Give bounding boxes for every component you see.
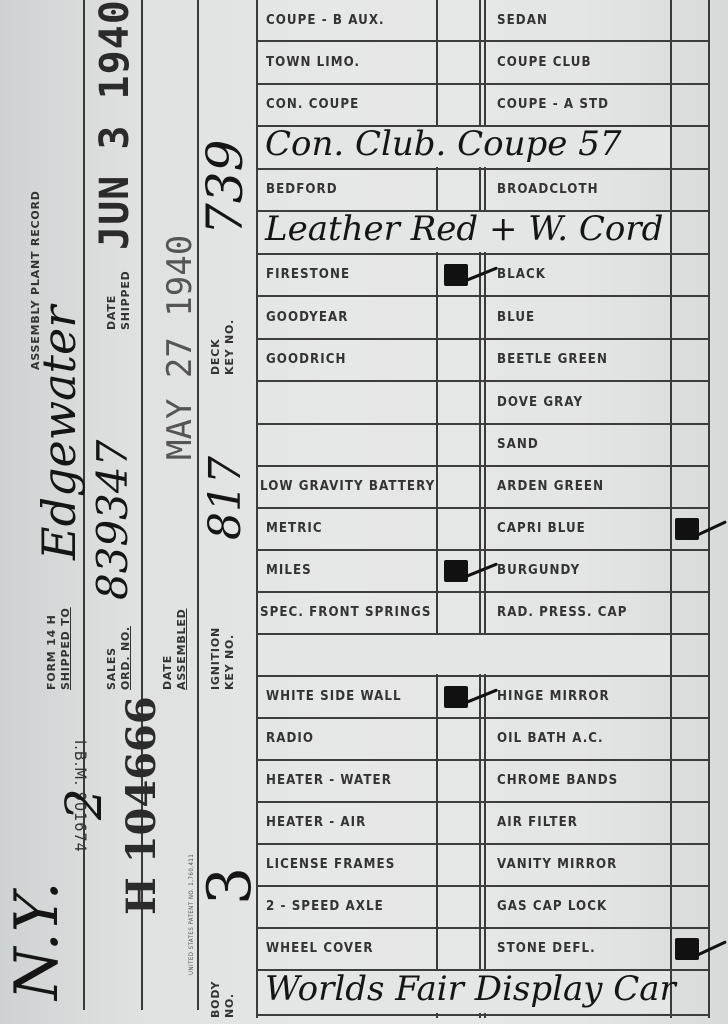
option-checkbox-left[interactable] [438,845,479,884]
row-divider [256,168,710,170]
row-divider [256,253,710,255]
option-checkbox-right[interactable] [672,593,708,632]
ignition-key-label-line1: IGNITION [210,627,222,690]
option-label-right: DOVE GRAY [497,394,583,410]
option-checkbox-right[interactable] [672,382,708,422]
option-checkbox-right[interactable] [672,761,708,800]
option-label-left: BEDFORD [266,181,338,197]
option-checkbox-left[interactable] [438,425,479,464]
option-label-left: GOODRICH [266,351,346,367]
ignition-key-value: 817 [200,456,251,540]
option-checkbox-right[interactable] [672,255,708,294]
date-assembled-label-line1: DATE [162,655,174,690]
option-checkbox-right[interactable] [672,845,708,884]
option-label-left: TOWN LIMO. [266,54,360,70]
blank-row [258,635,670,674]
body-no-label-line1: BODY [210,981,222,1018]
option-checkbox-left[interactable] [438,382,479,422]
option-checkbox-right[interactable] [672,170,708,209]
option-checkbox-left[interactable] [438,761,479,800]
option-label-right: VANITY MIRROR [497,856,617,872]
option-label-right: BROADCLOTH [497,181,599,197]
option-label-right: ARDEN GREEN [497,478,604,494]
row-divider [256,591,710,593]
handwritten-mark-2: 2 [55,788,113,820]
table-right-border [708,0,710,1018]
date-assembled-value: MAY 27 1940 [160,235,200,460]
ignition-key-label-line2: KEY NO. [224,634,236,690]
option-checkbox-left[interactable] [438,297,479,337]
option-label-left: CON. COUPE [266,96,359,112]
row-divider [256,717,710,719]
handwritten-note: Worlds Fair Display Car [265,969,676,1009]
option-checkbox-left[interactable] [438,593,479,632]
row-divider [256,759,710,761]
check-mark-icon [444,686,468,708]
row-divider [256,801,710,803]
option-label-left: HEATER - WATER [266,772,392,788]
option-checkbox-right[interactable] [672,467,708,506]
option-label-right: COUPE - A STD [497,96,609,112]
option-label-left: COUPE - B AUX. [266,12,385,28]
row-divider [256,675,710,677]
assembly-plant-record-card: ASSEMBLY PLANT RECORD FORM 14 H SHIPPED … [0,0,728,1024]
option-label-right: CAPRI BLUE [497,520,586,536]
option-label-right: SEDAN [497,12,548,28]
date-shipped-value: JUN 3 1940 [92,0,138,250]
option-label-right: HINGE MIRROR [497,688,610,704]
date-assembled-label-line2: ASSEMBLED [176,608,188,690]
option-label-left: LOW GRAVITY BATTERY [260,478,435,494]
date-shipped-label-line1: DATE [106,295,118,330]
option-checkbox-right[interactable] [672,42,708,82]
option-checkbox-left[interactable] [438,340,479,379]
option-checkbox-right[interactable] [672,85,708,124]
option-label-left: SPEC. FRONT SPRINGS [260,604,431,620]
option-label-right: GAS CAP LOCK [497,898,607,914]
shipped-to-value: Edgewater [32,306,86,560]
row-divider [256,927,710,929]
option-checkbox-right[interactable] [672,340,708,379]
sales-order-value: 839347 [88,440,137,600]
deck-key-value: 739 [196,140,254,235]
option-checkbox-left[interactable] [438,1,479,39]
option-label-left: METRIC [266,520,323,536]
option-checkbox-left[interactable] [438,85,479,124]
patent-notice: UNITED STATES PATENT NO. 1,760,411 [188,854,195,975]
option-label-right: SAND [497,436,539,452]
serial-stamp: H 104666 [118,696,165,915]
option-checkbox-left[interactable] [438,887,479,926]
row-divider [256,843,710,845]
option-checkbox-left[interactable] [438,467,479,506]
deck-key-label-line2: KEY NO. [224,319,236,375]
option-checkbox-left[interactable] [438,42,479,82]
option-label-right: STONE DEFL. [497,940,596,956]
option-checkbox-left[interactable] [438,929,479,968]
date-shipped-label-line2: SHIPPED [120,270,132,330]
option-label-left: MILES [266,562,312,578]
handwritten-note: Con. Club. Coupe 57 [265,124,622,164]
form-number: FORM 14 H [46,614,58,690]
row-divider [256,507,710,509]
row-divider [256,40,710,42]
option-checkbox-left[interactable] [438,803,479,842]
deck-key-label-line1: DECK [210,339,222,375]
option-checkbox-right[interactable] [672,297,708,337]
option-label-right: BLACK [497,266,546,282]
check-mark-icon [444,560,468,582]
row-divider [256,295,710,297]
row-divider [256,1014,710,1016]
option-checkbox-right[interactable] [672,887,708,926]
body-no-label-line2: NO. [224,993,236,1018]
row-divider [256,380,710,382]
option-label-left: 2 - SPEED AXLE [266,898,384,914]
option-checkbox-right[interactable] [672,1,708,39]
sales-order-label-line2: ORD. NO. [120,626,132,690]
shipped-to-label: SHIPPED TO [60,607,72,690]
row-divider [256,423,710,425]
handwritten-note: Leather Red + W. Cord [265,209,663,249]
option-label-right: CHROME BANDS [497,772,618,788]
option-label-left: WHITE SIDE WALL [266,688,402,704]
option-label-right: BURGUNDY [497,562,580,578]
option-label-left: RADIO [266,730,314,746]
row-divider [256,83,710,85]
option-label-left: GOODYEAR [266,309,348,325]
row-divider [256,885,710,887]
option-checkbox-right[interactable] [672,677,708,716]
option-label-right: OIL BATH A.C. [497,730,604,746]
body-no-value: 3 [195,867,265,905]
option-label-right: COUPE CLUB [497,54,592,70]
option-checkbox-right[interactable] [672,425,708,464]
option-label-right: BLUE [497,309,535,325]
option-checkbox-right[interactable] [672,803,708,842]
option-checkbox-left[interactable] [438,170,479,209]
option-label-left: HEATER - AIR [266,814,366,830]
row-divider [256,465,710,467]
option-label-left: WHEEL COVER [266,940,374,956]
option-label-right: RAD. PRESS. CAP [497,604,628,620]
row-divider [256,338,710,340]
check-mark-icon [444,264,468,286]
option-label-right: AIR FILTER [497,814,578,830]
option-label-left: LICENSE FRAMES [266,856,395,872]
handwritten-mark-ny: N.Y. [2,881,72,1000]
option-label-left: FIRESTONE [266,266,350,282]
option-checkbox-right[interactable] [672,551,708,590]
sales-order-label-line1: SALES [106,647,118,690]
option-checkbox-left[interactable] [438,719,479,758]
option-checkbox-left[interactable] [438,509,479,548]
row-divider [256,549,710,551]
option-label-right: BEETLE GREEN [497,351,608,367]
option-checkbox-right[interactable] [672,719,708,758]
